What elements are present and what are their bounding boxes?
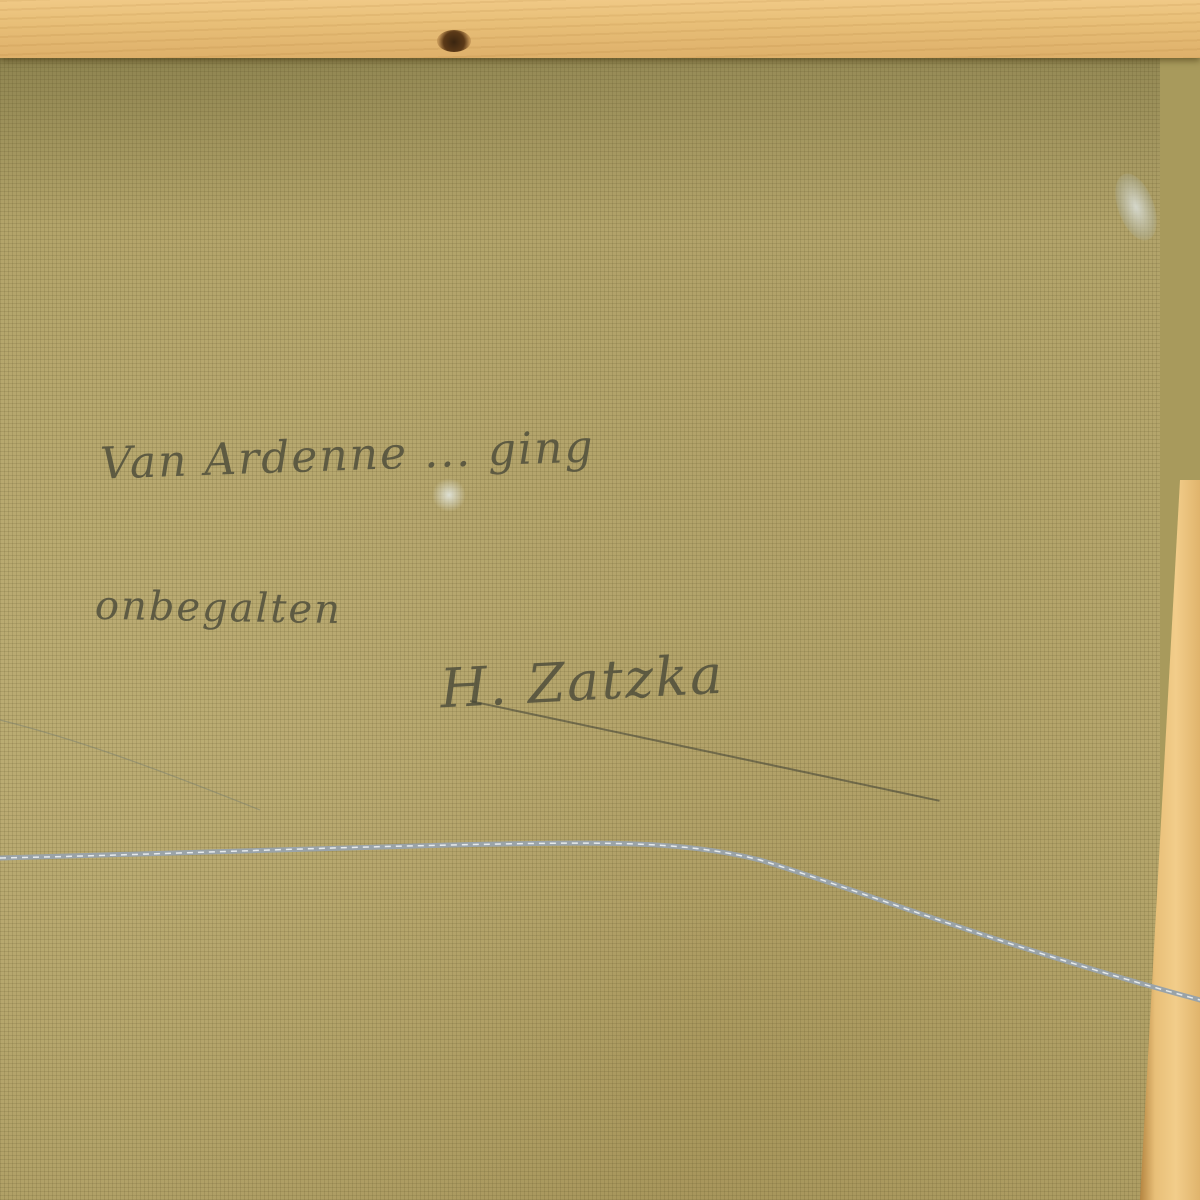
hanging-wire	[0, 0, 1200, 1200]
photo-stage: Van Ardenne ... ging onbegalten H. Zatzk…	[0, 0, 1200, 1200]
